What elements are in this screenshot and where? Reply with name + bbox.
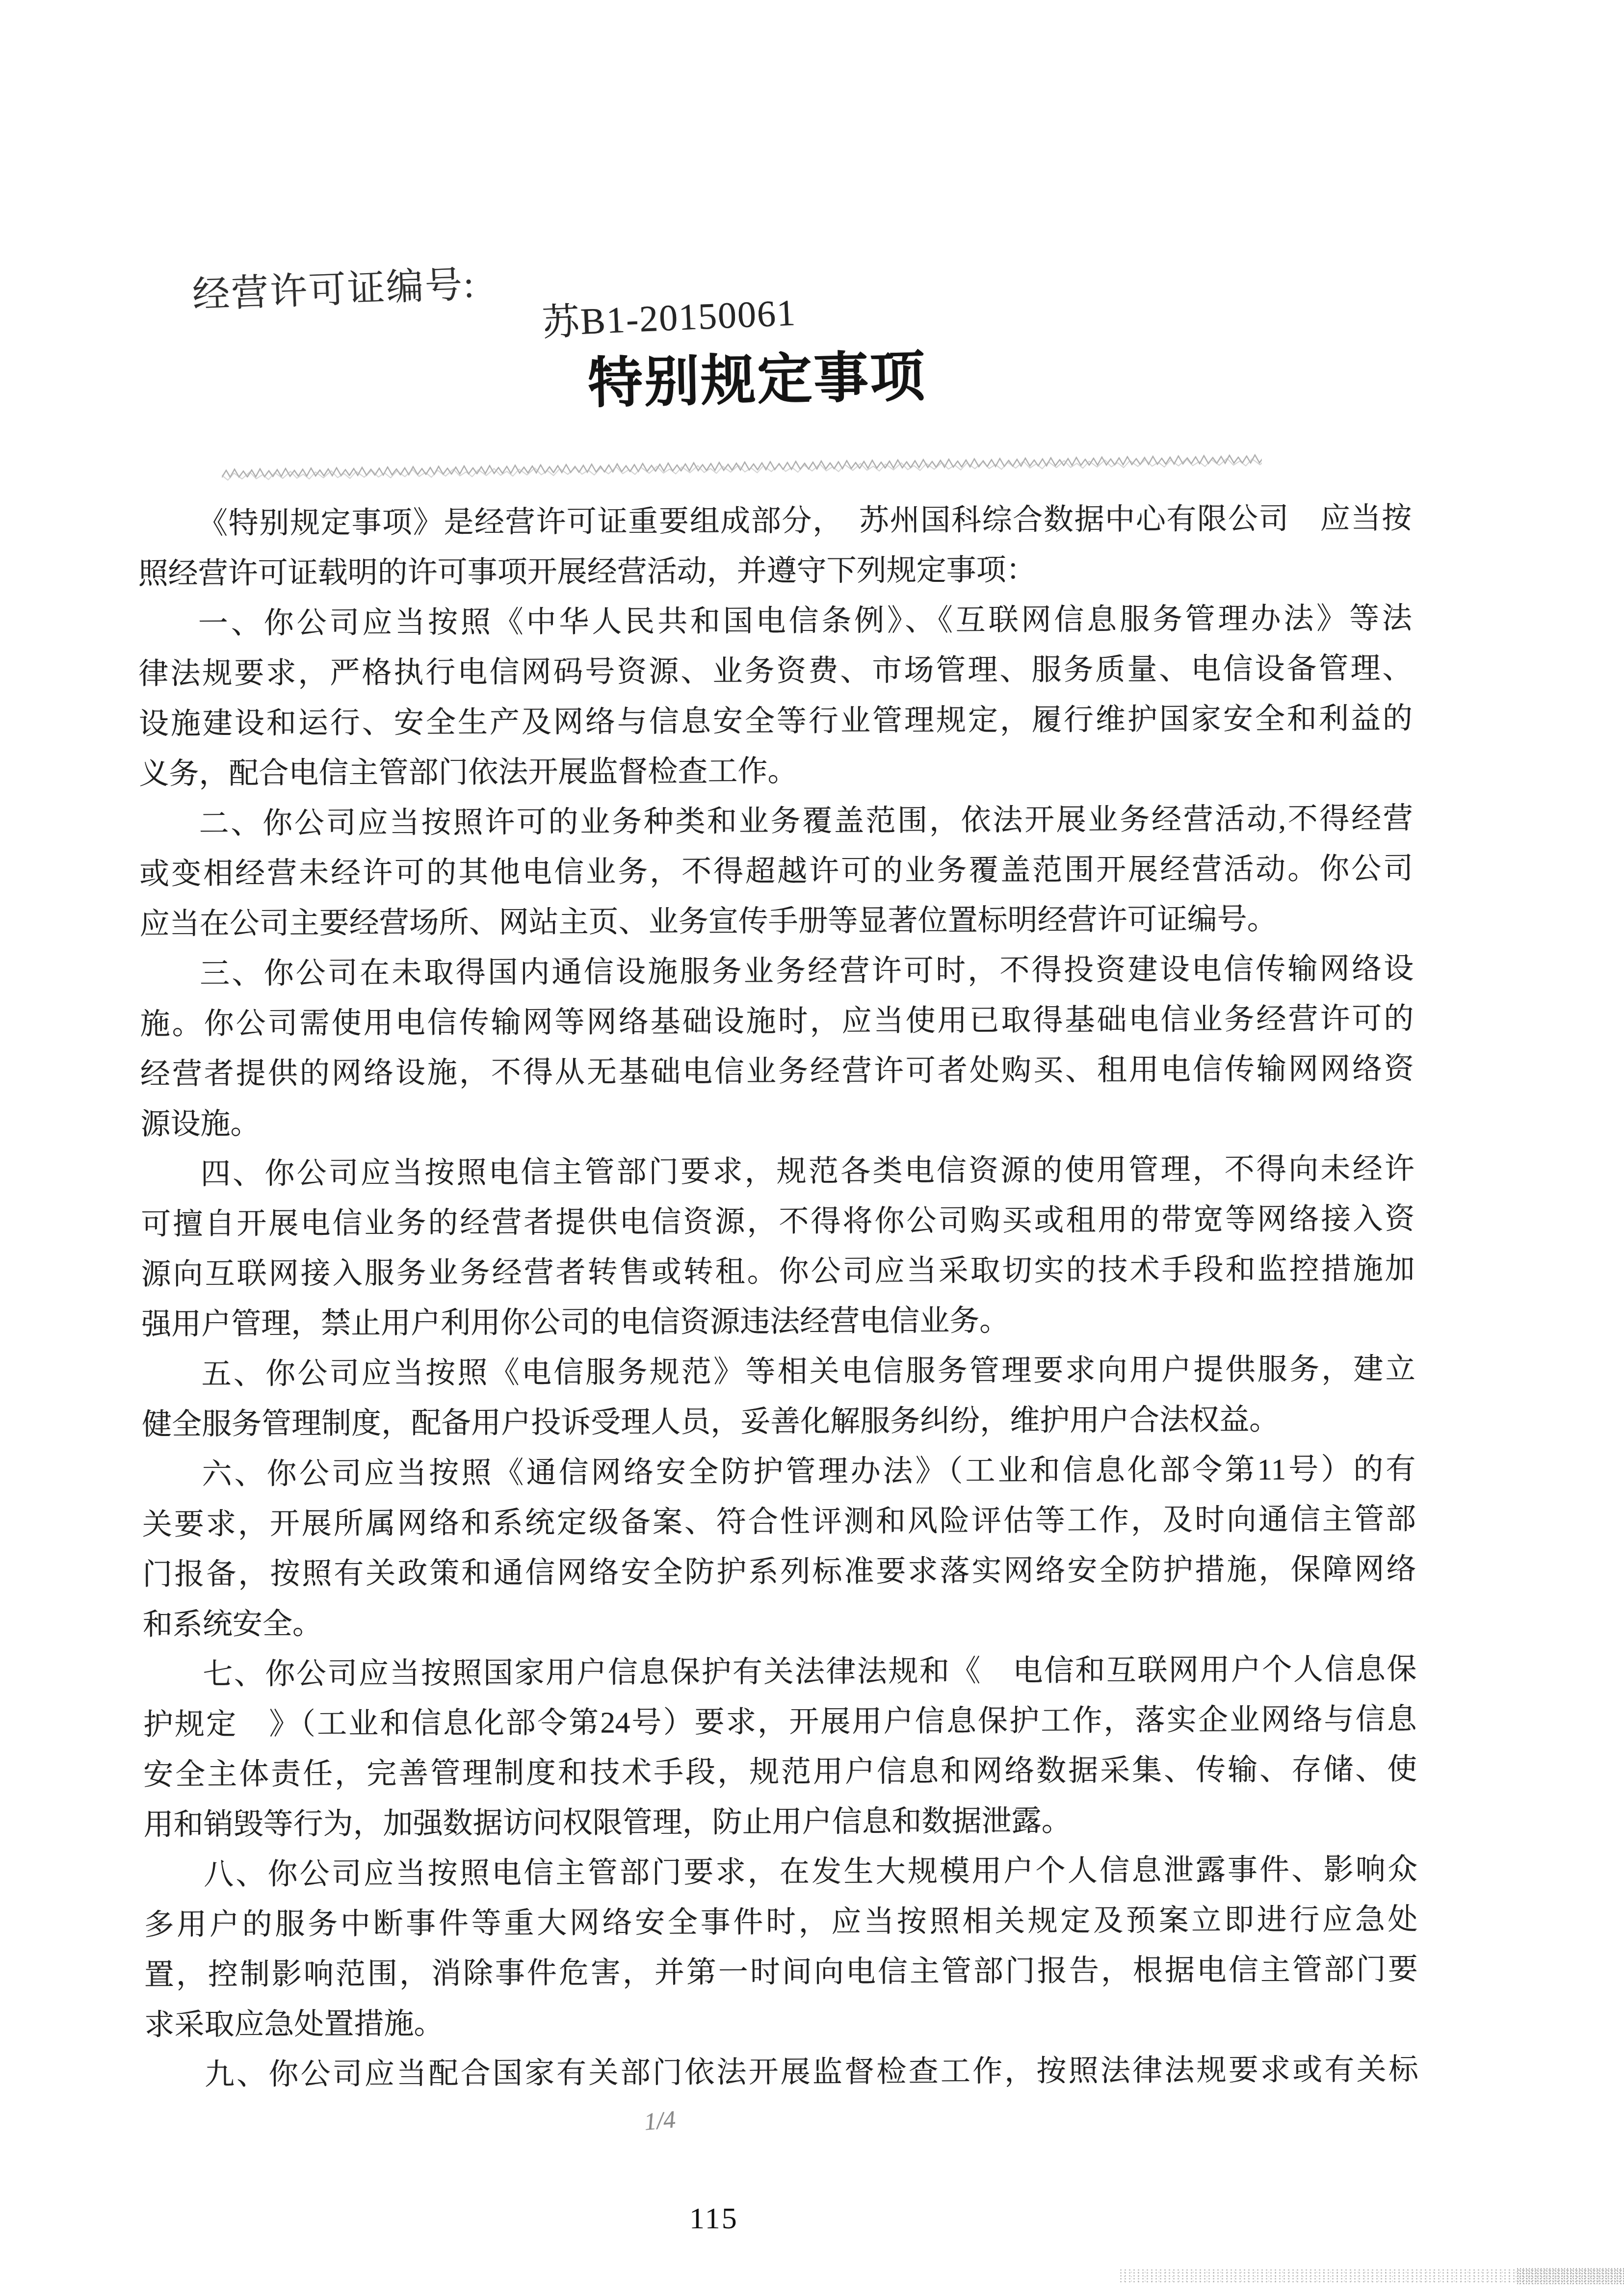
body-line: 多用户的服务中断事件等重大网络安全事件时，应当按照相关规定及预案立即进行应急处 bbox=[144, 1895, 1417, 1950]
body-line: 强用户管理，禁止用户利用你公司的电信资源违法经营电信业务。 bbox=[141, 1294, 1415, 1350]
body-line: 八、你公司应当按照电信主管部门要求，在发生大规模用户个人信息泄露事件、影响众 bbox=[144, 1845, 1417, 1900]
body-line: 一、你公司应当按照《中华人民共和国电信条例》、《互联网信息服务管理办法》等法 bbox=[138, 594, 1412, 649]
body-line: 置，控制影响范围，消除事件危害，并第一时间向电信主管部门报告，根据电信主管部门要 bbox=[144, 1945, 1418, 2000]
body-line: 律法规要求，严格执行电信网码号资源、业务资费、市场管理、服务质量、电信设备管理、 bbox=[138, 644, 1412, 699]
license-number-label: 经营许可证编号: bbox=[191, 254, 476, 318]
page-number: 115 bbox=[689, 2201, 738, 2236]
body-line: 四、你公司应当按照电信主管部门要求，规范各类电信资源的使用管理，不得向未经许 bbox=[141, 1144, 1414, 1200]
body-line: 门报备，按照有关政策和通信网络安全防护系列标准要求落实网络安全防护措施，保障网络 bbox=[142, 1544, 1416, 1600]
body-line: 七、你公司应当按照国家用户信息保护有关法律法规和《 电信和互联网用户个人信息保 bbox=[143, 1644, 1416, 1700]
body-line: 求采取应急处置措施。 bbox=[144, 1995, 1418, 2050]
wavy-divider-line bbox=[222, 448, 1262, 485]
body-line: 施。你公司需使用电信传输网等网络基础设施时，应当使用已取得基础电信业务经营许可的 bbox=[140, 994, 1414, 1049]
body-line: 关要求，开展所属网络和系统定级备案、符合性评测和风险评估等工作，及时向通信主管部 bbox=[142, 1494, 1416, 1550]
body-line: 健全服务管理制度，配备用户投诉受理人员，妥善化解服务纠纷，维护用户合法权益。 bbox=[142, 1394, 1415, 1450]
body-line: 照经营许可证载明的许可事项开展经营活动，并遵守下列规定事项： bbox=[138, 544, 1412, 599]
body-line: 《特别规定事项》是经营许可证重要组成部分， 苏州国科综合数据中心有限公司 应当按 bbox=[138, 494, 1412, 549]
body-line: 应当在公司主要经营场所、网站主页、业务宣传手册等显著位置标明经营许可证编号。 bbox=[139, 894, 1413, 949]
body-line: 护规定 》（工业和信息化部令第24号）要求，开展用户信息保护工作，落实企业网络与… bbox=[143, 1695, 1417, 1750]
body-line: 义务，配合电信主管部门依法开展监督检查工作。 bbox=[139, 744, 1413, 799]
body-line: 源向互联网接入服务业务经营者转售或转租。你公司应当采取切实的技术手段和监控措施加 bbox=[141, 1244, 1415, 1300]
body-text: 《特别规定事项》是经营许可证重要组成部分， 苏州国科综合数据中心有限公司 应当按… bbox=[138, 494, 1418, 2100]
document-title: 特别规定事项 bbox=[587, 333, 927, 418]
document-page: 经营许可证编号: 苏B1-20150061 特别规定事项 《特别规定事项》是经营… bbox=[0, 0, 1624, 2296]
body-line: 六、你公司应当按照《通信网络安全防护管理办法》（工业和信息化部令第11号）的有 bbox=[142, 1444, 1415, 1500]
body-line: 经营者提供的网络设施，不得从无基础电信业务经营许可者处购买、租用电信传输网网络资 bbox=[140, 1044, 1414, 1099]
sheet-indicator: 1/4 bbox=[643, 2105, 677, 2136]
body-line: 可擅自开展电信业务的经营者提供电信资源，不得将你公司购买或租用的带宽等网络接入资 bbox=[141, 1194, 1414, 1250]
body-line: 或变相经营未经许可的其他电信业务，不得超越许可的业务覆盖范围开展经营活动。你公司 bbox=[139, 844, 1413, 899]
body-line: 安全主体责任，完善管理制度和技术手段，规范用户信息和网络数据采集、传输、存储、使 bbox=[143, 1745, 1417, 1800]
body-line: 用和销毁等行为，加强数据访问权限管理，防止用户信息和数据泄露。 bbox=[143, 1795, 1417, 1850]
body-line: 设施建设和运行、安全生产及网络与信息安全等行业管理规定，履行维护国家安全和利益的 bbox=[139, 694, 1413, 749]
body-line: 五、你公司应当按照《电信服务规范》等相关电信服务管理要求向用户提供服务，建立 bbox=[141, 1344, 1415, 1400]
body-line: 九、你公司应当配合国家有关部门依法开展监督检查工作，按照法律法规要求或有关标 bbox=[145, 2045, 1418, 2100]
body-line: 三、你公司在未取得国内通信设施服务业务经营许可时，不得投资建设电信传输网络设 bbox=[140, 944, 1414, 999]
body-line: 源设施。 bbox=[140, 1094, 1414, 1149]
scan-noise-band bbox=[1119, 2269, 1624, 2283]
body-line: 二、你公司应当按照许可的业务种类和业务覆盖范围，依法开展业务经营活动,不得经营 bbox=[139, 794, 1413, 849]
body-line: 和系统安全。 bbox=[143, 1594, 1416, 1650]
